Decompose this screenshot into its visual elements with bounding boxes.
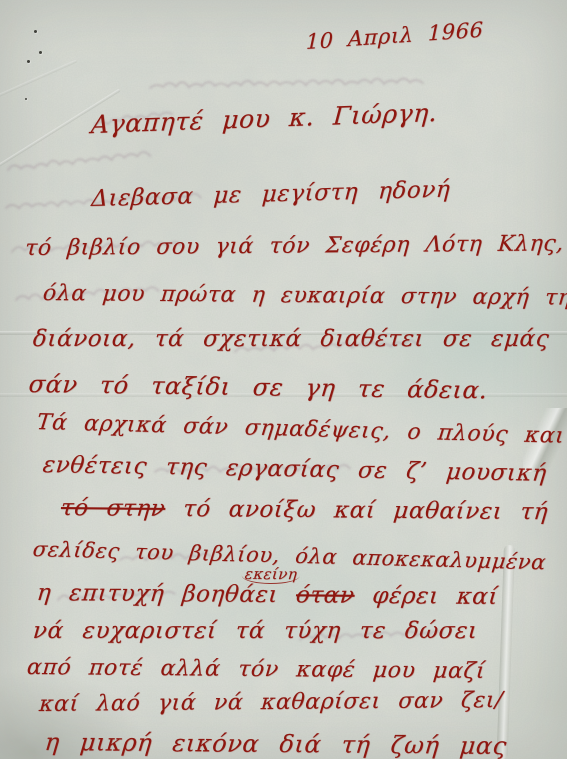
handwritten-line: σάν τό ταξίδι σε γη τε άδεια. (28, 372, 489, 402)
line-text: η επιτυχή βοηθάει (36, 580, 298, 608)
inserted-word: εκείνη (241, 567, 301, 584)
handwritten-line: διάνοια, τά σχετικά διαθέτει σε εμάς (32, 328, 550, 351)
salutation-line: Αγαπητέ μου κ. Γιώργη. (90, 100, 438, 137)
handwritten-line: η μικρή εικόνα διά τή ζωή μας (44, 730, 508, 758)
line-text: νά ευχαριστεί τά τύχη τε δώσει (32, 618, 479, 644)
line-text: σάν τό ταξίδι σε γη τε άδεια. (27, 370, 489, 404)
line-text: ενθέτεις της εργασίας σε ζ’ μουσική (41, 452, 548, 487)
line-text: τό ανοίξω καί μαθαίνει τή (164, 496, 549, 525)
letter-body: 10 Απριλ 1966 Αγαπητέ μου κ. Γιώργη. Διε… (0, 0, 567, 759)
handwritten-line: ενθέτεις της εργασίας σε ζ’ μουσική (42, 454, 548, 486)
handwritten-line: η επιτυχή βοηθάει όταν φέρει καίεκείνη (36, 582, 499, 609)
line-text: από ποτέ αλλά τόν καφέ μου μαζί (26, 655, 487, 684)
line-text: διάνοια, τά σχετικά διαθέτει σε εμάς (32, 326, 551, 352)
handwritten-line: όλα μου πρώτα η ευκαιρία στην αρχή της (42, 283, 567, 310)
handwritten-line: νά ευχαριστεί τά τύχη τε δώσει (32, 620, 479, 643)
date-line: 10 Απριλ 1966 (306, 20, 484, 54)
line-text: Διεβασα με μεγίστη ηδονή (91, 177, 452, 212)
handwritten-line: από ποτέ αλλά τόν καφέ μου μαζί (26, 657, 486, 683)
strikethrough-text: όταν (295, 582, 356, 608)
handwritten-line: τό βιβλίο σου γιά τόν Σεφέρη Λότη Κλης, (24, 233, 564, 260)
handwritten-line: Τά αρχικά σάν σημαδέψεις, ο πλούς και (36, 412, 566, 448)
line-text: καί λαό γιά νά καθαρίσει σαν ζει/ (38, 688, 504, 717)
line-text: Τά αρχικά σάν σημαδέψεις, ο πλούς και (35, 410, 566, 449)
handwritten-line: καί λαό γιά νά καθαρίσει σαν ζει/ (38, 690, 504, 716)
line-text: όλα μου πρώτα η ευκαιρία στην αρχή της (42, 281, 567, 311)
letter-page: 10 Απριλ 1966 Αγαπητέ μου κ. Γιώργη. Διε… (0, 0, 567, 759)
strikethrough-text: τό στην (60, 495, 167, 522)
handwritten-line: τό στην τό ανοίξω καί μαθαίνει τή (60, 497, 549, 524)
line-text: φέρει καί (353, 583, 499, 610)
line-text: τό βιβλίο σου γιά τόν Σεφέρη Λότη Κλης, (24, 231, 565, 261)
line-text: η μικρή εικόνα διά τή ζωή μας (43, 728, 508, 759)
handwritten-line: Διεβασα με μεγίστη ηδονή (91, 179, 451, 211)
